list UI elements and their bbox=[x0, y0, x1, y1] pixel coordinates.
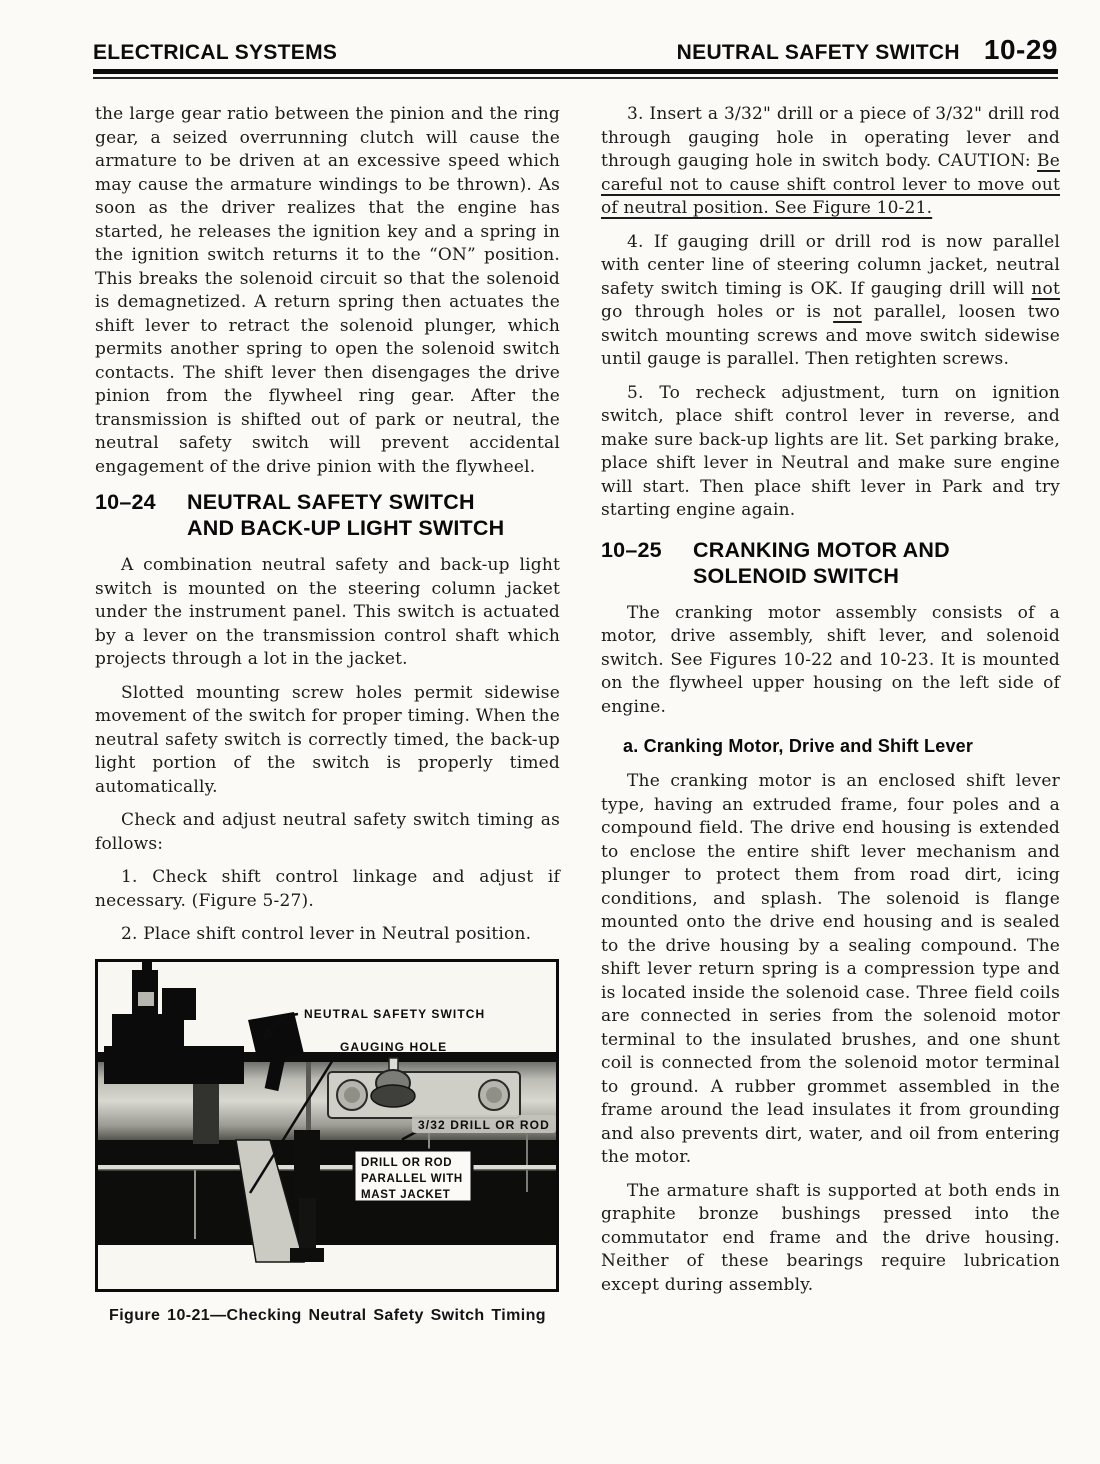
header-right-group: NEUTRAL SAFETY SWITCH 10-29 bbox=[677, 34, 1058, 66]
section-title-line2: SOLENOID SWITCH bbox=[693, 563, 1060, 589]
step-3-caution-label: CAUTION: bbox=[938, 151, 1037, 171]
header-rule-thin bbox=[93, 77, 1058, 79]
step-4-paragraph: 4. If gauging drill or drill rod is now … bbox=[601, 231, 1060, 372]
step-1-paragraph: 1. Check shift control linkage and adjus… bbox=[95, 866, 560, 913]
section-title-line2: AND BACK-UP LIGHT SWITCH bbox=[187, 515, 560, 541]
step-3-paragraph: 3. Insert a 3/32" drill or a piece of 3/… bbox=[601, 103, 1060, 221]
figure-label-gauging-hole: GAUGING HOLE bbox=[340, 1040, 447, 1054]
callout-line-2: PARALLEL WITH bbox=[361, 1173, 463, 1185]
check-adjust-paragraph: Check and adjust neutral safety switch t… bbox=[95, 809, 560, 856]
intro-continuation-paragraph: the large gear ratio between the pinion … bbox=[95, 103, 560, 479]
header-left-title: ELECTRICAL SYSTEMS bbox=[93, 41, 337, 65]
figure-10-21: NEUTRAL SAFETY SWITCH GAUGING HOLE 3/32 … bbox=[95, 959, 559, 1292]
callout-line-3: MAST JACKET bbox=[361, 1189, 450, 1201]
step-4-part1: 4. If gauging drill or drill rod is now … bbox=[601, 232, 1060, 299]
callout-line-1: DRILL OR ROD bbox=[361, 1157, 452, 1169]
section-title-line1: CRANKING MOTOR AND bbox=[693, 537, 1060, 563]
subsection-a-heading: a. Cranking Motor, Drive and Shift Lever bbox=[601, 735, 1060, 757]
cranking-motor-paragraph: The cranking motor is an enclosed shift … bbox=[601, 770, 1060, 1170]
step-4-not-1: not bbox=[1031, 279, 1060, 299]
left-column: the large gear ratio between the pinion … bbox=[95, 103, 560, 1325]
section-title-line1: NEUTRAL SAFETY SWITCH bbox=[187, 489, 560, 515]
figure-callout-box: DRILL OR ROD PARALLEL WITH MAST JACKET bbox=[354, 1150, 472, 1202]
step-4-part2: go through holes or is bbox=[601, 302, 833, 322]
page-header: ELECTRICAL SYSTEMS NEUTRAL SAFETY SWITCH… bbox=[93, 34, 1058, 66]
figure-label-drill-rod: 3/32 DRILL OR ROD bbox=[418, 1118, 550, 1132]
combination-switch-paragraph: A combination neutral safety and back-up… bbox=[95, 554, 560, 672]
figure-10-21-image: NEUTRAL SAFETY SWITCH GAUGING HOLE 3/32 … bbox=[98, 962, 556, 1289]
manual-page: ELECTRICAL SYSTEMS NEUTRAL SAFETY SWITCH… bbox=[0, 0, 1100, 1464]
section-number: 10–24 bbox=[95, 489, 187, 515]
step-2-paragraph: 2. Place shift control lever in Neutral … bbox=[95, 923, 560, 947]
header-rule bbox=[93, 69, 1058, 79]
figure-label-neutral-safety-switch: NEUTRAL SAFETY SWITCH bbox=[304, 1007, 485, 1021]
cranking-assembly-paragraph: The cranking motor assembly consists of … bbox=[601, 602, 1060, 720]
photo-bottom-strip bbox=[98, 1245, 556, 1289]
figure-10-21-caption: Figure 10-21—Checking Neutral Safety Swi… bbox=[95, 1307, 560, 1325]
section-number: 10–25 bbox=[601, 537, 693, 563]
slotted-holes-paragraph: Slotted mounting screw holes permit side… bbox=[95, 682, 560, 800]
step-4-not-2: not bbox=[833, 302, 862, 322]
header-right-title: NEUTRAL SAFETY SWITCH bbox=[677, 41, 960, 65]
page-number: 10-29 bbox=[984, 34, 1058, 66]
step-5-paragraph: 5. To recheck adjustment, turn on igniti… bbox=[601, 382, 1060, 523]
section-heading-10-24: 10–24 NEUTRAL SAFETY SWITCH AND BACK-UP … bbox=[95, 489, 560, 541]
right-column: 3. Insert a 3/32" drill or a piece of 3/… bbox=[601, 103, 1060, 1307]
armature-shaft-paragraph: The armature shaft is supported at both … bbox=[601, 1180, 1060, 1298]
drill-rod bbox=[98, 1165, 556, 1171]
section-heading-10-25: 10–25 CRANKING MOTOR AND SOLENOID SWITCH bbox=[601, 537, 1060, 589]
header-rule-thick bbox=[93, 69, 1058, 74]
